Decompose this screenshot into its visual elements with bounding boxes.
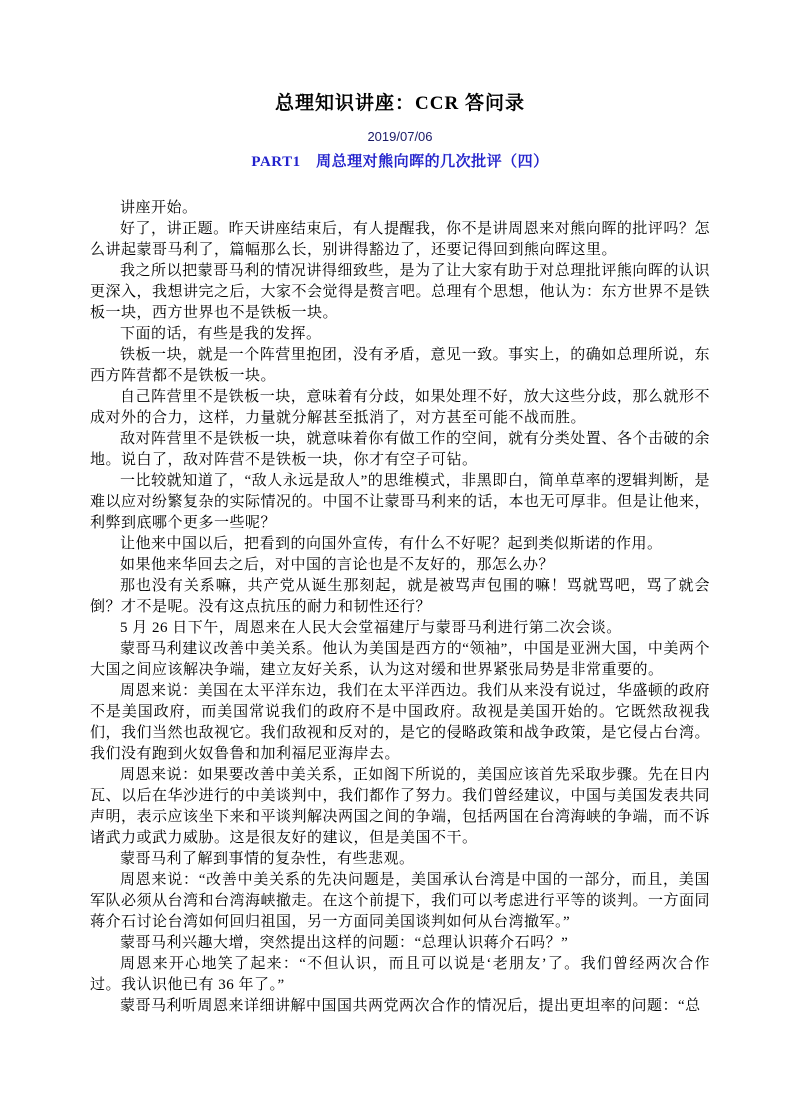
paragraph: 一比较就知道了，“敌人永远是敌人”的思维模式，非黑即白，简单草率的逻辑判断，是难… [90, 471, 710, 534]
paragraph: 周恩来说：“改善中美关系的先决问题是，美国承认台湾是中国的一部分，而且，美国军队… [90, 870, 710, 933]
paragraph: 如果他来华回去之后，对中国的言论也是不友好的，那怎么办？ [90, 555, 710, 576]
paragraph: 周恩来说：如果要改善中美关系，正如阁下所说的，美国应该首先采取步骤。先在日内瓦、… [90, 765, 710, 849]
paragraph: 蒙哥马利听周恩来详细讲解中国国共两党两次合作的情况后，提出更坦率的问题：“总 [90, 996, 710, 1017]
paragraph: 下面的话，有些是我的发挥。 [90, 324, 710, 345]
paragraph: 周恩来开心地笑了起来：“不但认识，而且可以说是‘老朋友’了。我们曾经两次合作过。… [90, 954, 710, 996]
paragraph: 铁板一块，就是一个阵营里抱团，没有矛盾，意见一致。事实上，的确如总理所说，东西方… [90, 345, 710, 387]
paragraph: 蒙哥马利兴趣大增，突然提出这样的问题：“总理认识蒋介石吗？” [90, 933, 710, 954]
paragraph: 我之所以把蒙哥马利的情况讲得细致些，是为了让大家有助于对总理批评熊向晖的认识更深… [90, 261, 710, 324]
document-page: 总理知识讲座：CCR 答问录 2019/07/06 PART1 周总理对熊向晖的… [0, 0, 800, 1100]
paragraph: 5 月 26 日下午，周恩来在人民大会堂福建厅与蒙哥马利进行第二次会谈。 [90, 618, 710, 639]
paragraph: 自己阵营里不是铁板一块，意味着有分歧，如果处理不好，放大这些分歧，那么就形不成对… [90, 387, 710, 429]
document-date: 2019/07/06 [90, 129, 710, 145]
document-body: 讲座开始。好了，讲正题。昨天讲座结束后，有人提醒我，你不是讲周恩来对熊向晖的批评… [90, 198, 710, 1017]
paragraph: 蒙哥马利建议改善中美关系。他认为美国是西方的“领袖”，中国是亚洲大国，中美两个大… [90, 639, 710, 681]
paragraph: 让他来中国以后，把看到的向国外宣传，有什么不好呢？起到类似斯诺的作用。 [90, 534, 710, 555]
part-heading: PART1 周总理对熊向晖的几次批评（四） [90, 153, 710, 172]
paragraph: 那也没有关系嘛，共产党从诞生那刻起，就是被骂声包围的嘛！骂就骂吧，骂了就会倒？才… [90, 576, 710, 618]
paragraph: 好了，讲正题。昨天讲座结束后，有人提醒我，你不是讲周恩来对熊向晖的批评吗？怎么讲… [90, 219, 710, 261]
paragraph: 讲座开始。 [90, 198, 710, 219]
paragraph: 蒙哥马利了解到事情的复杂性，有些悲观。 [90, 849, 710, 870]
paragraph: 敌对阵营里不是铁板一块，就意味着你有做工作的空间，就有分类处置、各个击破的余地。… [90, 429, 710, 471]
paragraph: 周恩来说：美国在太平洋东边，我们在太平洋西边。我们从来没有说过，华盛顿的政府不是… [90, 681, 710, 765]
document-title: 总理知识讲座：CCR 答问录 [90, 92, 710, 115]
